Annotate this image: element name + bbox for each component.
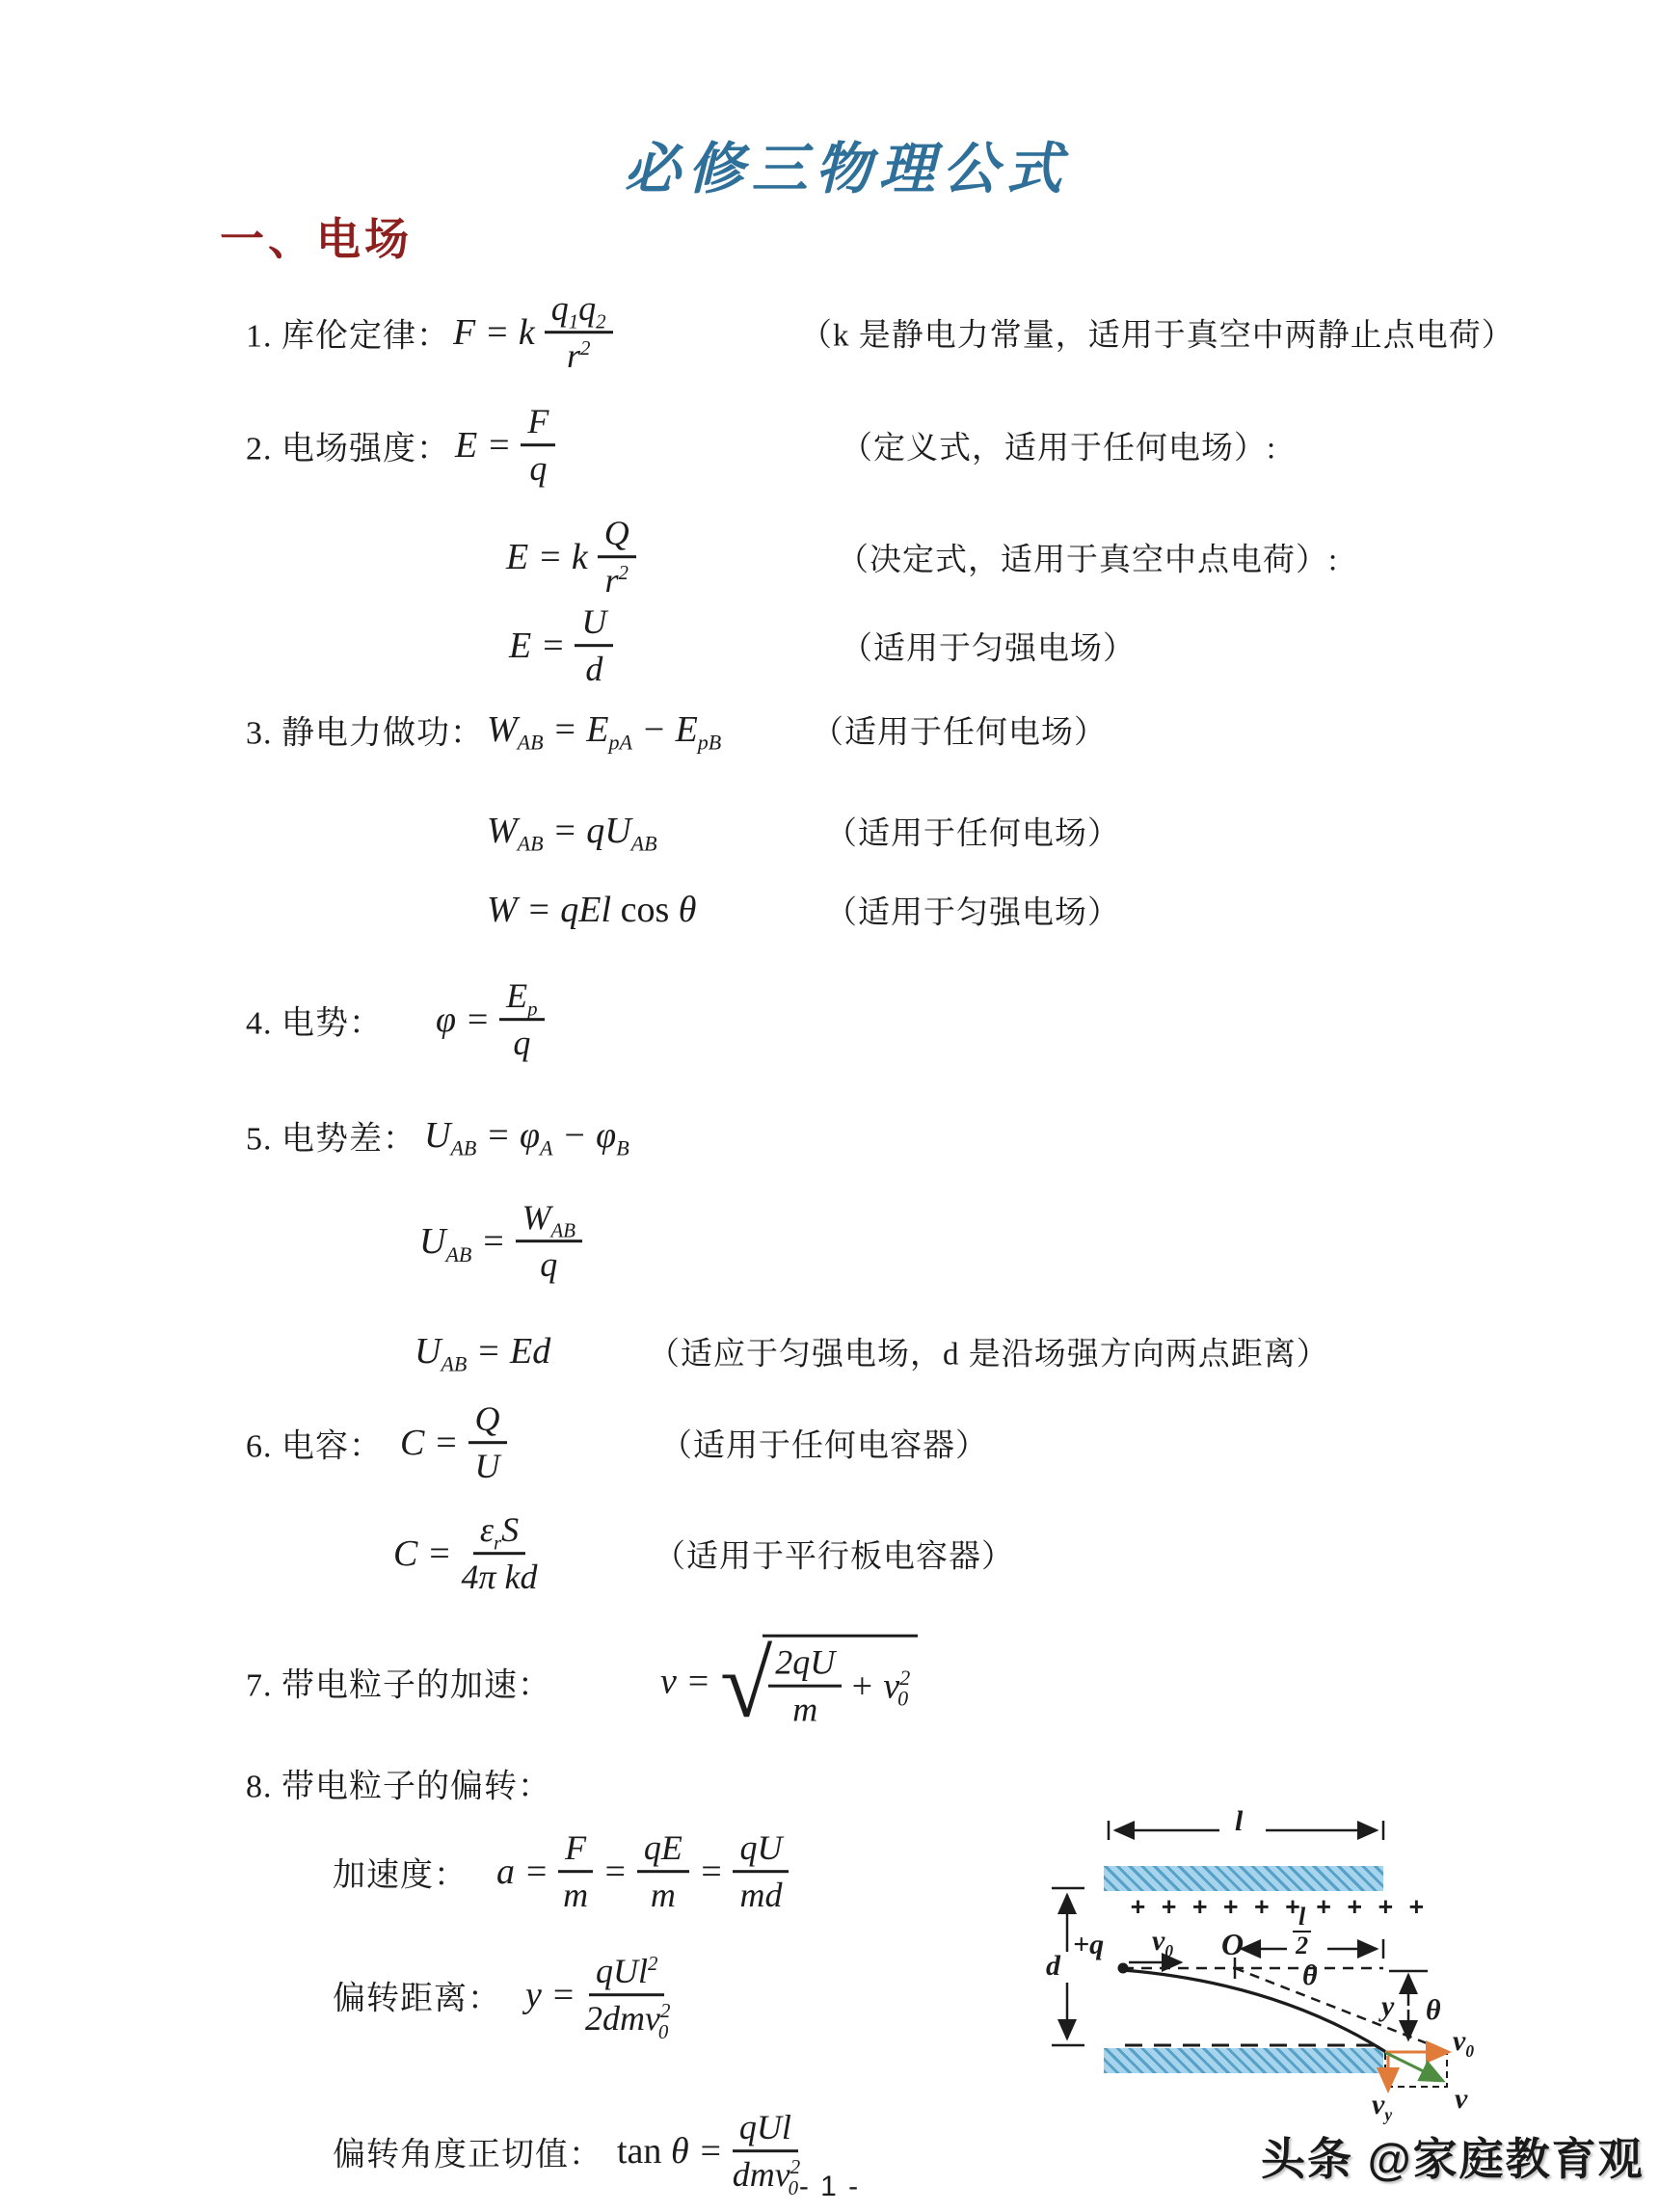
resultant-v-label: v <box>1455 2083 1467 2116</box>
fraction: qUldmv20 <box>733 2108 798 2195</box>
item-label: 7. 带电粒子的加速： <box>246 1659 551 1706</box>
fraction: QU <box>468 1399 507 1486</box>
document-page: 必修三物理公式 一、电场 1. 库伦定律： F = k q1q2r2 （k 是静… <box>0 0 1659 2212</box>
fraction: Fm <box>558 1828 593 1915</box>
formula: F = k q1q2r2 <box>453 289 613 376</box>
usage-note: （适用于任何电容器） <box>660 1421 988 1466</box>
usage-note: （适应于匀强电场，d 是沿场强方向两点距离） <box>648 1329 1329 1374</box>
item-label: 偏转距离： <box>333 1972 501 2019</box>
fraction: qUmd <box>733 1828 789 1915</box>
radical-sign: √ <box>720 1650 772 1721</box>
formula: C = QU <box>400 1399 507 1486</box>
formula: WAB = EpA − EpB <box>487 708 721 751</box>
theta-angle-label: θ <box>1302 1959 1318 1992</box>
formula: WAB = qUAB <box>487 810 657 852</box>
formula: UAB = Ed <box>415 1330 550 1373</box>
origin-label: O <box>1221 1927 1244 1962</box>
item-label: 6. 电容： <box>246 1420 383 1467</box>
half-length-label: l 2 <box>1293 1904 1311 1959</box>
page-title: 必修三物理公式 <box>624 123 1069 204</box>
fraction: εrS4π kd <box>462 1510 538 1597</box>
formula: UAB = WABq <box>419 1198 582 1285</box>
plate-length-label: l <box>1235 1805 1243 1838</box>
charge-label: +q <box>1073 1929 1104 1961</box>
formula: UAB = φA − φB <box>424 1114 629 1157</box>
usage-note: （k 是静电力常量，适用于真空中两静止点电荷） <box>800 310 1514 356</box>
formula: y = qUl22dmv20 <box>525 1952 668 2039</box>
usage-note: （适用于匀强电场） <box>825 888 1120 933</box>
page-number: - 1 - <box>799 2171 860 2203</box>
usage-note: （适用于匀强电场） <box>841 624 1136 669</box>
vy-component-label: vy <box>1372 2089 1392 2121</box>
formula: v = √ 2qUm + v20 <box>660 1635 918 1730</box>
fraction: Qr2 <box>598 514 636 600</box>
fraction: q1q2r2 <box>545 289 613 376</box>
formula: E = Ud <box>509 602 613 689</box>
usage-note: （决定式，适用于真空中点电荷）: <box>837 535 1338 580</box>
item-label: 3. 静电力做功： <box>246 706 484 754</box>
fraction: WABq <box>516 1198 583 1285</box>
fraction: Ud <box>575 602 613 689</box>
formula: E = k Qr2 <box>506 514 636 600</box>
plate-gap-label: d <box>1046 1950 1060 1983</box>
fraction: 2qUm <box>768 1643 842 1730</box>
item-label: 4. 电势： <box>246 997 383 1044</box>
usage-note: （适用于平行板电容器） <box>654 1532 1014 1577</box>
usage-note: （适用于任何电场） <box>812 707 1107 753</box>
section-heading-electric-field: 一、电场 <box>220 204 413 268</box>
initial-velocity-label: v0 <box>1152 1925 1173 1958</box>
item-label: 5. 电势差： <box>246 1112 416 1159</box>
positive-charge-row: + + + + + + + + + + <box>1131 1892 1425 1920</box>
item-label: 1. 库伦定律： <box>246 309 450 357</box>
formula: a = Fm = qEm = qUmd <box>496 1828 789 1915</box>
deflection-diagram: + + + + + + + + + + l d +q v0 O l 2 θ y … <box>1046 1817 1624 2135</box>
formula: E = Fq <box>455 402 555 489</box>
formula: φ = Epq <box>436 976 545 1063</box>
item-label: 2. 电场强度： <box>246 422 450 469</box>
diagram-lines <box>1046 1817 1624 2135</box>
usage-note: （适用于任何电场） <box>825 809 1120 854</box>
item-label: 8. 带电粒子的偏转： <box>246 1760 551 1807</box>
usage-note: （定义式，适用于任何电场）: <box>841 423 1276 468</box>
formula: tan θ = qUldmv20 <box>617 2108 798 2195</box>
deflection-y-label: y <box>1381 1990 1394 2023</box>
fraction: Epq <box>499 976 544 1063</box>
fraction: qUl22dmv20 <box>585 1952 668 2039</box>
item-label: 加速度： <box>333 1849 468 1896</box>
fraction: Fq <box>521 402 555 489</box>
fraction: qEm <box>637 1828 689 1915</box>
exit-v0-label: v0 <box>1453 2025 1474 2058</box>
formula: W = qEl cos θ <box>487 889 696 931</box>
watermark: 头条 @家庭教育观 <box>1261 2124 1645 2188</box>
item-label: 偏转角度正切值： <box>333 2128 602 2175</box>
square-root: √ 2qUm + v20 <box>720 1635 918 1730</box>
exit-theta-label: θ <box>1426 1994 1441 2027</box>
formula: C = εrS4π kd <box>393 1510 538 1597</box>
